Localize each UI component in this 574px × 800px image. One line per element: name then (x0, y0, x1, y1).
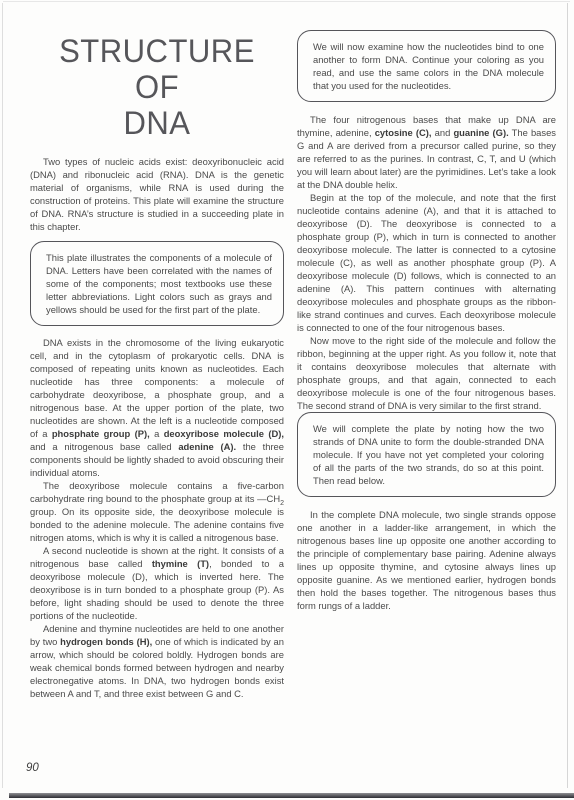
page-title: STRUCTURE OF DNA (34, 33, 280, 141)
instruction-box-coloring-3: We will complete the plate by noting how… (297, 412, 556, 497)
page-edge-right (567, 3, 568, 788)
page-bottom-shadow (9, 793, 574, 798)
paragraph-dna-components: DNA exists in the chromosome of the livi… (30, 336, 284, 479)
paragraph-hydrogen-bonds: Adenine and thymine nucleotides are held… (30, 622, 284, 700)
paragraph-second-nucleotide: A second nucleotide is shown at the righ… (30, 544, 284, 622)
page-title-line1: STRUCTURE OF (59, 33, 255, 105)
instruction-box-coloring-2: We will now examine how the nucleotides … (297, 30, 556, 102)
instruction-box-text: This plate illustrates the components of… (46, 251, 272, 316)
paragraph-deoxyribose: The deoxyribose molecule contains a five… (30, 479, 284, 544)
paragraph-four-bases: The four nitrogenous bases that make up … (297, 113, 556, 191)
page-edge-left (2, 3, 3, 788)
instruction-box-text: We will now examine how the nucleotides … (313, 40, 544, 92)
paragraph-complete-molecule: In the complete DNA molecule, two single… (297, 508, 556, 612)
instruction-box-text: We will complete the plate by noting how… (313, 422, 544, 487)
right-column: We will now examine how the nucleotides … (297, 30, 556, 612)
paragraph-intro: Two types of nucleic acids exist: deoxyr… (30, 155, 284, 233)
paragraph-first-strand: Begin at the top of the molecule, and no… (297, 191, 556, 334)
page-title-line2: DNA (124, 105, 191, 141)
book-page: STRUCTURE OF DNA Two types of nucleic ac… (0, 0, 574, 800)
page-edge-top (3, 1, 570, 2)
page-number: 90 (26, 762, 39, 774)
left-column: STRUCTURE OF DNA Two types of nucleic ac… (30, 33, 284, 700)
instruction-box-coloring-1: This plate illustrates the components of… (30, 241, 284, 326)
paragraph-second-strand: Now move to the right side of the molecu… (297, 334, 556, 412)
